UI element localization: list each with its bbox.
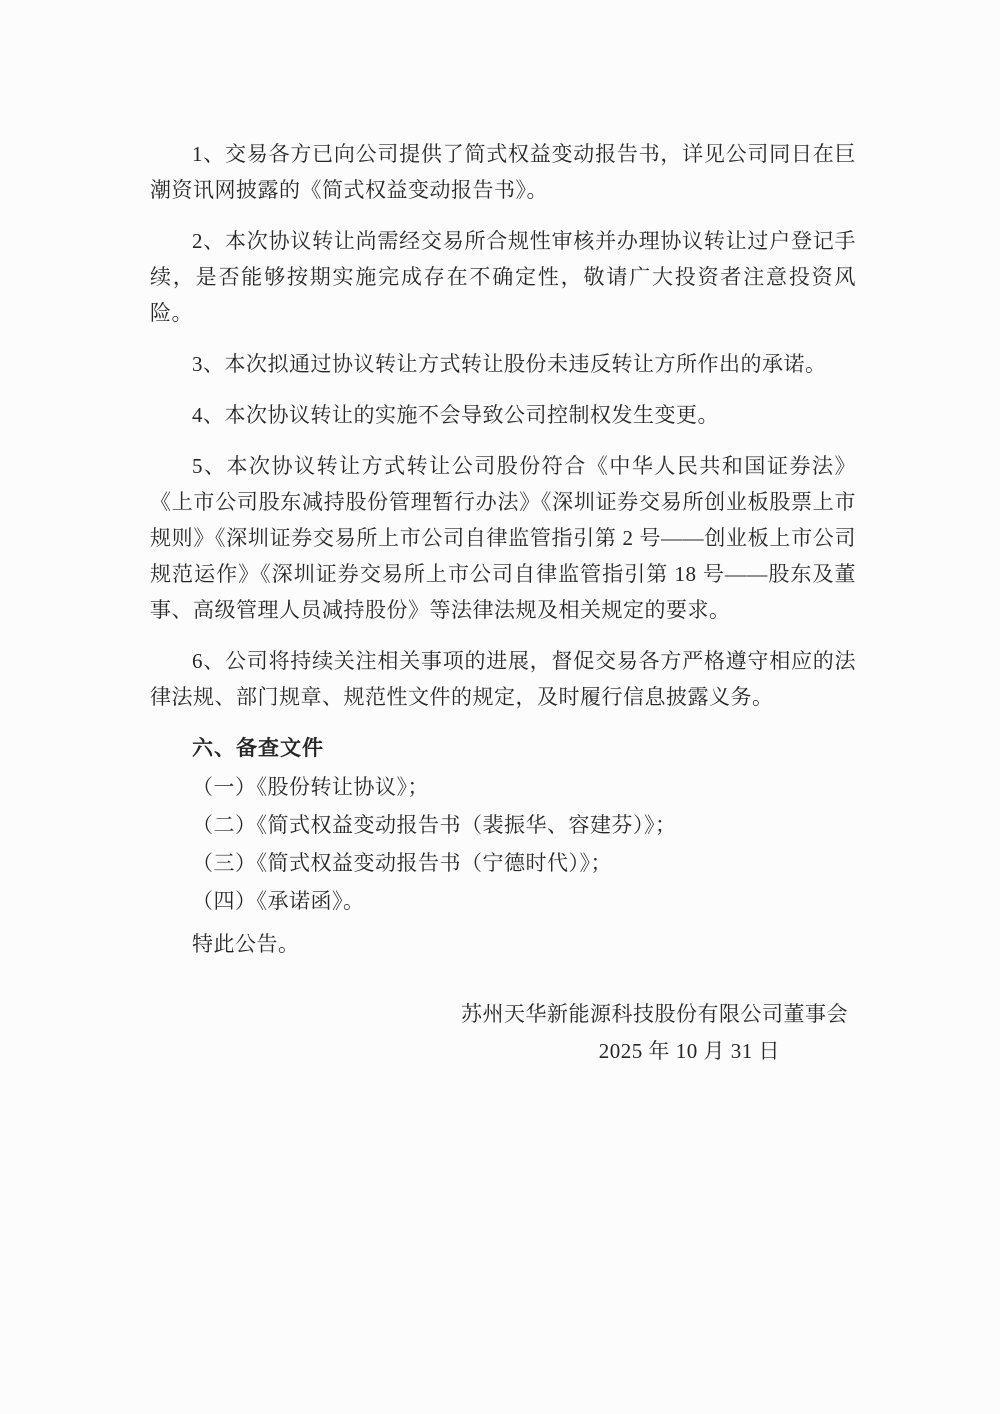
document-content: 1、交易各方已向公司提供了简式权益变动报告书，详见公司同日在巨潮资讯网披露的《简… bbox=[150, 136, 856, 1070]
paragraph-4: 4、本次协议转让的实施不会导致公司控制权发生变更。 bbox=[150, 397, 856, 433]
signature-company-board: 苏州天华新能源科技股份有限公司董事会 bbox=[150, 996, 856, 1033]
signature-block: 苏州天华新能源科技股份有限公司董事会 2025 年 10 月 31 日 bbox=[150, 996, 856, 1070]
reference-doc-item-2: （二）《简式权益变动报告书（裴振华、容建芬）》； bbox=[150, 806, 856, 844]
signature-date: 2025 年 10 月 31 日 bbox=[150, 1033, 856, 1070]
reference-doc-item-4: （四）《承诺函》。 bbox=[150, 882, 856, 920]
section-heading-reference-documents: 六、备查文件 bbox=[150, 730, 856, 766]
paragraph-5: 5、本次协议转让方式转让公司股份符合《中华人民共和国证券法》《上市公司股东减持股… bbox=[150, 448, 856, 628]
reference-doc-item-3: （三）《简式权益变动报告书（宁德时代）》； bbox=[150, 844, 856, 882]
paragraph-6: 6、公司将持续关注相关事项的进展，督促交易各方严格遵守相应的法律法规、部门规章、… bbox=[150, 643, 856, 715]
paragraph-2: 2、本次协议转让尚需经交易所合规性审核并办理协议转让过户登记手续，是否能够按期实… bbox=[150, 223, 856, 331]
reference-doc-item-1: （一）《股份转让协议》； bbox=[150, 768, 856, 806]
paragraph-1: 1、交易各方已向公司提供了简式权益变动报告书，详见公司同日在巨潮资讯网披露的《简… bbox=[150, 136, 856, 208]
closing-statement: 特此公告。 bbox=[150, 926, 856, 962]
paragraph-3: 3、本次拟通过协议转让方式转让股份未违反转让方所作出的承诺。 bbox=[150, 346, 856, 382]
document-page: 1、交易各方已向公司提供了简式权益变动报告书，详见公司同日在巨潮资讯网披露的《简… bbox=[0, 0, 1000, 1414]
